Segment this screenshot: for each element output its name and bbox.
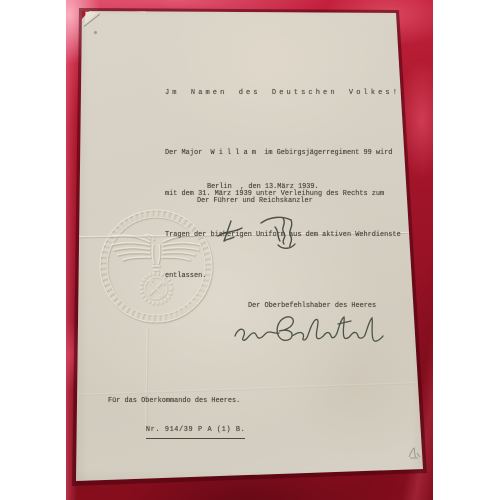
paper-speck: [94, 31, 97, 34]
fuhrer-title-line: Der Führer und Reichskanzler: [197, 195, 313, 209]
body-line: Der Major W i l l a m im Gebirgsjägerreg…: [165, 147, 401, 161]
document-heading: Jm Namen des Deutschen Volkes!: [165, 87, 400, 101]
fabric-backdrop: Jm Namen des Deutschen Volkes! Der Major…: [66, 0, 433, 500]
okh-department-line: Für das Oberkommando des Heeres.: [108, 395, 240, 409]
reference-number-line: Nr. 914/39 P A (1) B.: [108, 410, 146, 451]
body-line: entlassen.: [165, 270, 401, 284]
pencil-scribble: [406, 444, 424, 462]
fuhrer-ink-signature: [215, 211, 311, 257]
army-chief-ink-signature: [231, 309, 389, 349]
document-paper: Jm Namen des Deutschen Volkes! Der Major…: [66, 0, 433, 500]
product-photo-page: Jm Namen des Deutschen Volkes! Der Major…: [0, 0, 500, 500]
seal-center-emblem: [148, 280, 164, 296]
dateline: Berlin , den 13.März 1939.: [207, 181, 319, 195]
reference-number: Nr. 914/39 P A (1) B.: [146, 424, 245, 440]
